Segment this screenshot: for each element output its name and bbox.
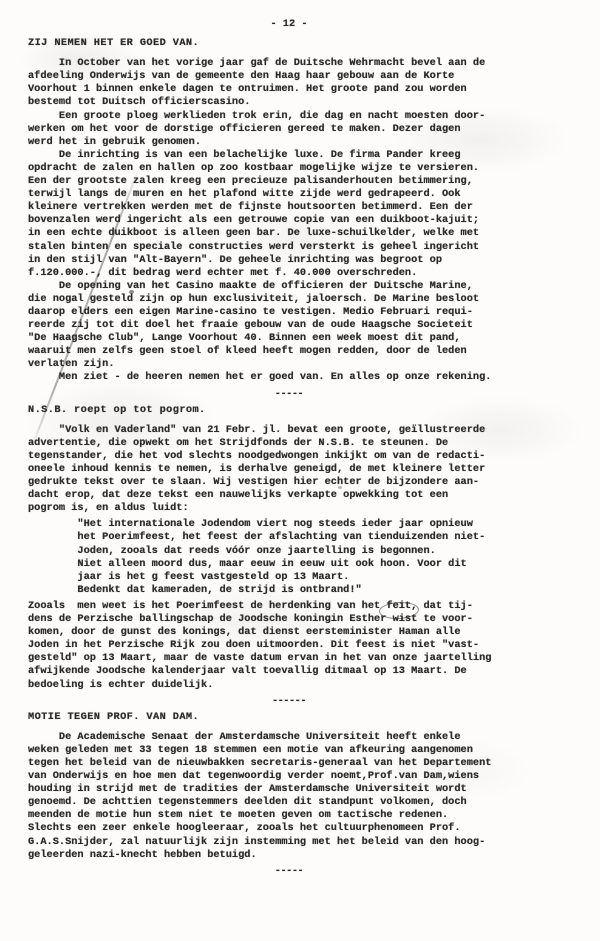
text-line: werken om het voor de dorstige officiere… <box>28 123 550 136</box>
paragraph: De inrichting is van een belachelijke lu… <box>28 149 550 280</box>
text-line: waaruit men zelfs geen stoel of kleed he… <box>28 345 550 358</box>
quote-block: "Het internationale Jodendom viert nog s… <box>28 518 550 597</box>
text-line: kleinere vertrekken werden met de fijnst… <box>28 201 550 214</box>
separator: ----- <box>28 388 550 401</box>
text-line: Men ziet - de heeren nemen het er goed v… <box>28 371 550 384</box>
section-heading: ZIJ NEMEN HET ER GOED VAN. <box>28 37 550 50</box>
text-line: weken geleden met 33 tegen 18 stemmen ee… <box>28 744 550 757</box>
paragraph: Een groote ploeg werklieden trok erin, d… <box>28 110 550 149</box>
paragraph: In October van het vorige jaar gaf de Du… <box>28 57 550 109</box>
separator: ----- <box>28 865 550 878</box>
text-line: reerde zij tot dit doel het fraaie gebou… <box>28 319 550 332</box>
text-line: advertentie, die opwekt om het Strijdfon… <box>28 437 550 450</box>
text-line: oneele inhoud kennis te nemen, is derhal… <box>28 463 550 476</box>
text-line: bedoeling is echter duidelijk. <box>28 679 550 692</box>
text-line: G.A.S.Snijder, zal natuurlijk zijn inste… <box>28 836 550 849</box>
text-line: meenden de motie hun stem niet te moeten… <box>28 809 550 822</box>
text-line: Bedenkt dat kameraden, de strijd is ontb… <box>28 584 550 597</box>
paragraph: Men ziet - de heeren nemen het er goed v… <box>28 371 550 384</box>
document-blocks: ZIJ NEMEN HET ER GOED VAN. In October va… <box>28 37 550 878</box>
text-line: afdeeling Onderwijs van de gemeente den … <box>28 70 550 83</box>
section-heading: MOTIE TEGEN PROF. VAN DAM. <box>28 711 550 724</box>
page-content: - 12 - ZIJ NEMEN HET ER GOED VAN. In Oct… <box>0 0 600 878</box>
text-line: "Volk en Vaderland" van 21 Febr. jl. bev… <box>28 424 550 437</box>
page-number: - 12 - <box>28 18 550 31</box>
paper: - 12 - ZIJ NEMEN HET ER GOED VAN. In Oct… <box>0 0 600 941</box>
text-line: tegen het beleid van de nieuwbakken secr… <box>28 757 550 770</box>
text-line: "Het internationale Jodendom viert nog s… <box>28 518 550 531</box>
paragraph: Zooals men weet is het Poerimfeest de he… <box>28 600 550 692</box>
text-line: houding in strijd met de tradities der A… <box>28 783 550 796</box>
text-line: De opening van het Casino maakte de offi… <box>28 280 550 293</box>
text-line: opdracht de zalen en hallen op zoo kostb… <box>28 162 550 175</box>
text-line: "De Haagsche Club", Lange Voorhout 40. B… <box>28 332 550 345</box>
text-line: in den stijl van "Alt-Bayern". De geheel… <box>28 254 550 267</box>
text-line: Een groote ploeg werklieden trok erin, d… <box>28 110 550 123</box>
text-line: daarop elders een eigen Marine-casino te… <box>28 306 550 319</box>
text-line: gedrukte tekst over te slaan. Wij vestig… <box>28 476 550 489</box>
text-line: Voorhout 1 binnen enkele dagen te ontrui… <box>28 83 550 96</box>
text-line: dens de Perzische ballingschap de Joodsc… <box>28 613 550 626</box>
text-line: Joden, zooals dat reeds vóór onze jaarte… <box>28 545 550 558</box>
text-line: Zooals men weet is het Poerimfeest de he… <box>28 600 550 613</box>
text-line: stalen binten en speciale constructies w… <box>28 241 550 254</box>
text-line: genoemd. De achttien tegenstemmers deeld… <box>28 796 550 809</box>
text-line: dacht erop, dat deze tekst een nauwelijk… <box>28 489 550 502</box>
text-line: f.120.000.-, dit bedrag werd echter met … <box>28 267 550 280</box>
text-line: pogrom is, en aldus luidt: <box>28 502 550 515</box>
text-line: terwijl langs de muren en het plafond wi… <box>28 188 550 201</box>
separator: ------ <box>28 695 550 708</box>
text-line: De Academische Senaat der Amsterdamsche … <box>28 731 550 744</box>
text-line: van Onderwijs en hoe men dat tegenwoordi… <box>28 770 550 783</box>
text-line: komen, door de gunst des konings, dat di… <box>28 626 550 639</box>
text-line: Slechts een zeer enkele hoogleeraar, zoo… <box>28 822 550 835</box>
text-line: die nogal gesteld zijn op hun exclusivit… <box>28 293 550 306</box>
text-line: het Poerimfeest, het feest der afslachti… <box>28 531 550 544</box>
text-line: Een der grootste zalen kreeg een precieu… <box>28 175 550 188</box>
text-line: tegenstander, die het vod slechts noodge… <box>28 450 550 463</box>
text-line: afwijkende Joodsche kalenderjaar valt to… <box>28 665 550 678</box>
text-line: Joden in het Perzische Rijk zou doen uit… <box>28 639 550 652</box>
text-line: geleerden nazi-knecht hebben betuigd. <box>28 849 550 862</box>
text-line: Niet alleen moord dus, maar eeuw in eeuw… <box>28 558 550 571</box>
text-line: verlaten zijn. <box>28 358 550 371</box>
text-line: bestemd tot Duitsch officierscasino. <box>28 96 550 109</box>
text-line: werd het in gebruik genomen. <box>28 136 550 149</box>
paragraph: De Academische Senaat der Amsterdamsche … <box>28 731 550 862</box>
text-line: bovenzalen werd ingericht als een getrou… <box>28 214 550 227</box>
text-line: in een echte duikboot is alleen geen bar… <box>28 227 550 240</box>
text-line: De inrichting is van een belachelijke lu… <box>28 149 550 162</box>
paragraph: "Volk en Vaderland" van 21 Febr. jl. bev… <box>28 424 550 516</box>
text-line: In October van het vorige jaar gaf de Du… <box>28 57 550 70</box>
text-line: gesteld" op 13 Maart, maar de vaste datu… <box>28 652 550 665</box>
section-heading: N.S.B. roept op tot pogrom. <box>28 404 550 417</box>
paragraph: De opening van het Casino maakte de offi… <box>28 280 550 372</box>
text-line: jaar is het g feest vastgesteld op 13 Ma… <box>28 571 550 584</box>
